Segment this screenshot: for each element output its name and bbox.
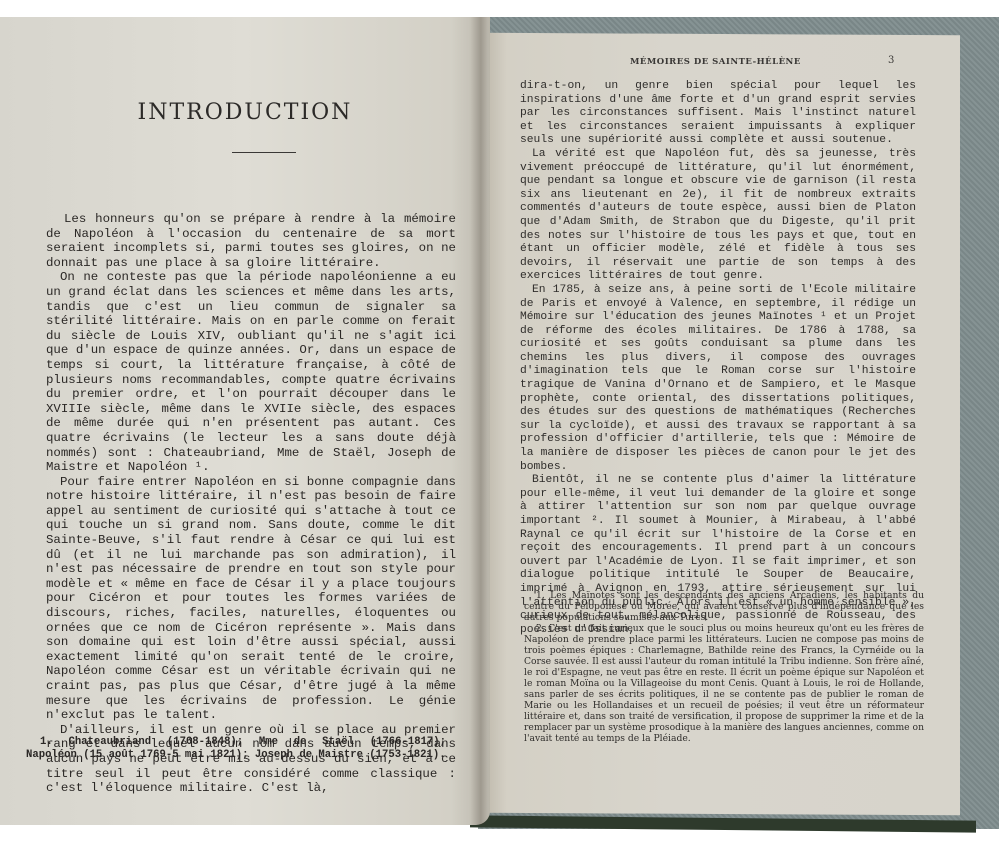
right-page-footnotes: 1. Les Maïnotes sont les descendants des… xyxy=(524,590,924,744)
page-number: 3 xyxy=(888,55,894,66)
left-page-body: Les honneurs qu'on se prépare à rendre à… xyxy=(46,212,456,796)
footnote: 1. Chateaubriand (1768-1848); Mme de Sta… xyxy=(26,736,446,762)
footnote: 1. Les Maïnotes sont les descendants des… xyxy=(524,590,924,623)
paragraph: On ne conteste pas que la période napolé… xyxy=(46,270,456,474)
right-page-body: dira-t-on, un genre bien spécial pour le… xyxy=(520,80,916,637)
paragraph: La vérité est que Napoléon fut, dès sa j… xyxy=(520,148,916,284)
paragraph: dira-t-on, un genre bien spécial pour le… xyxy=(520,80,916,148)
chapter-title: INTRODUCTION xyxy=(0,100,490,125)
paragraph: Les honneurs qu'on se prépare à rendre à… xyxy=(46,212,456,270)
paragraph: Pour faire entrer Napoléon en si bonne c… xyxy=(46,475,456,723)
left-page-footnotes: 1. Chateaubriand (1768-1848); Mme de Sta… xyxy=(26,736,446,762)
paragraph: En 1785, à seize ans, à peine sorti de l… xyxy=(520,284,916,474)
title-rule xyxy=(232,152,296,153)
running-head: MÉMOIRES DE SAINTE-HÉLÈNE xyxy=(630,57,801,67)
footnote: 2. C'est un fait curieux que le souci pl… xyxy=(524,623,924,744)
book-gutter xyxy=(470,17,488,825)
